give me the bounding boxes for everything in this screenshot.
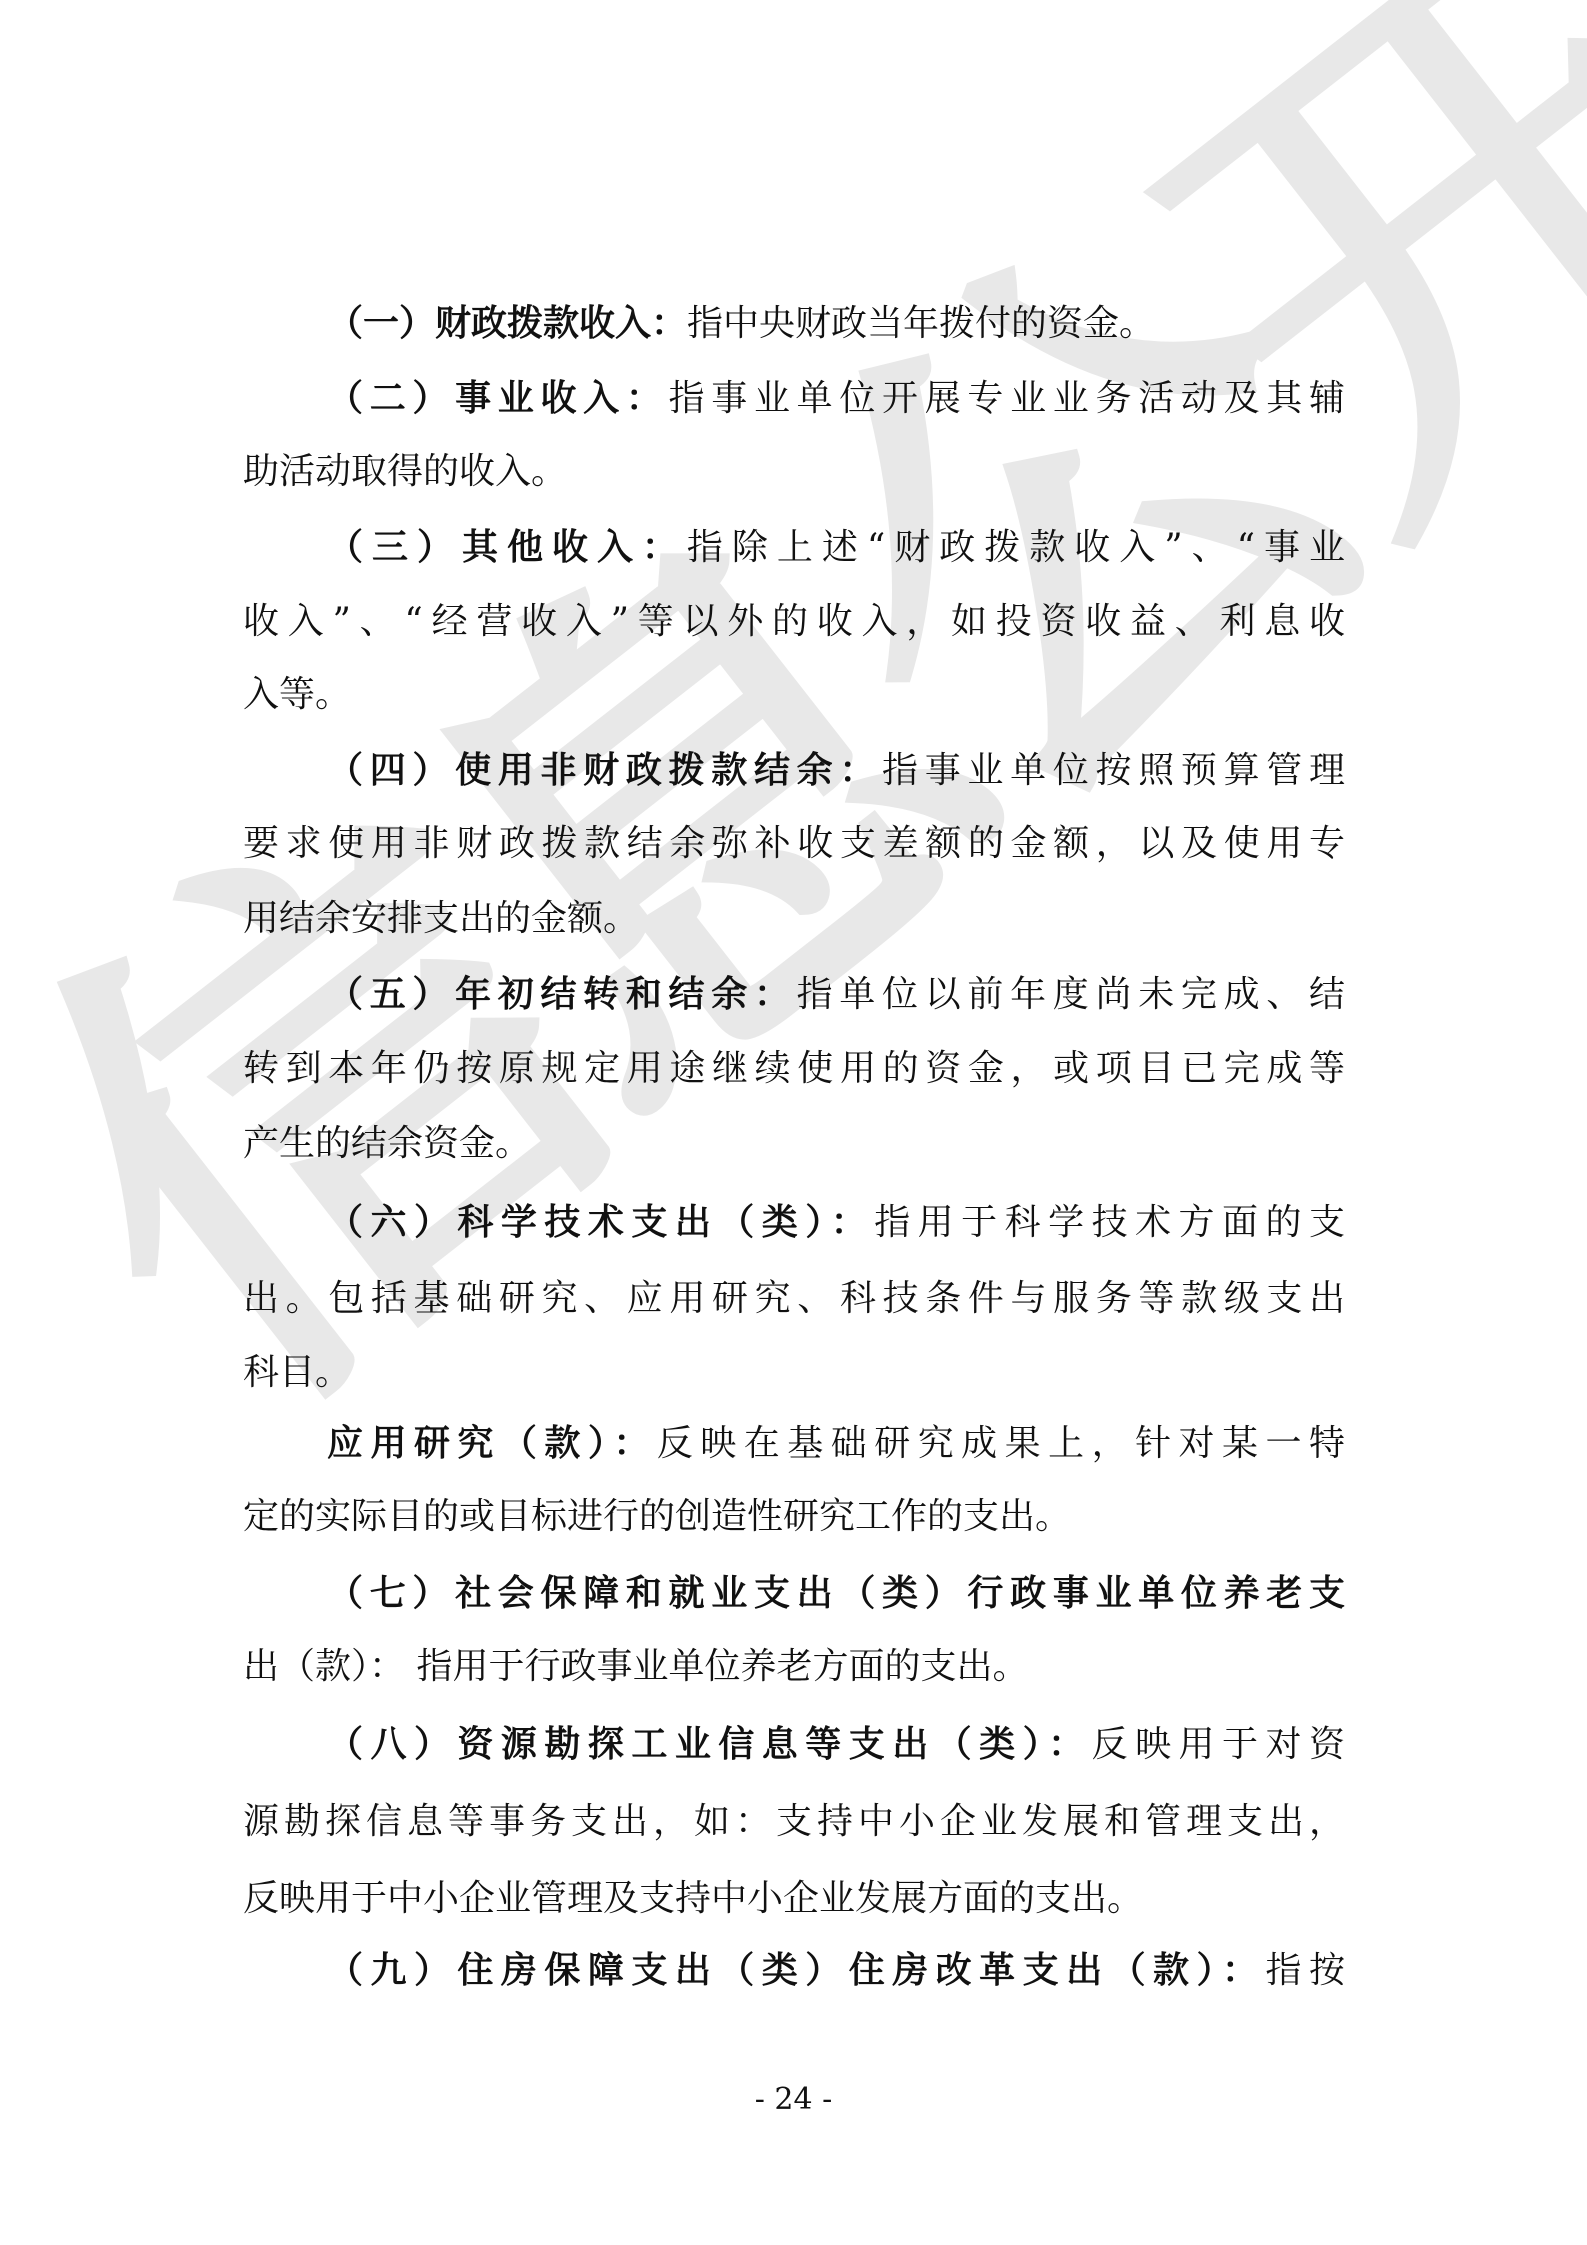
paragraph-line: 科目。	[243, 1348, 1345, 1398]
paragraph-line: 出（款）： 指用于行政事业单位养老方面的支出。	[243, 1642, 1345, 1692]
paragraph-lead: （六）科学技术支出（类）：	[327, 1201, 874, 1243]
page-number: - 24 -	[0, 2080, 1587, 2120]
paragraph-line: （三）其他收入：指除上述“财政拨款收入”、“事业	[327, 522, 1345, 572]
paragraph-line: （四）使用非财政拨款结余：指事业单位按照预算管理	[327, 745, 1345, 795]
paragraph-line: 定的实际目的或目标进行的创造性研究工作的支出。	[243, 1492, 1345, 1542]
paragraph-line: 反映用于中小企业管理及支持中小企业发展方面的支出。	[243, 1874, 1345, 1924]
paragraph-lead: （三）其他收入：	[327, 526, 687, 568]
paragraph-line: （六）科学技术支出（类）：指用于科学技术方面的支	[327, 1197, 1345, 1247]
paragraph-line: （一）财政拨款收入：指中央财政当年拨付的资金。	[327, 298, 1345, 348]
paragraph-line: 收入”、“经营收入”等以外的收入，如投资收益、利息收	[243, 597, 1345, 647]
document-body: （一）财政拨款收入：指中央财政当年拨付的资金。 （二）事业收入：指事业单位开展专…	[0, 0, 1587, 2245]
document-page: 信息公开 （一）财政拨款收入：指中央财政当年拨付的资金。 （二）事业收入：指事业…	[0, 0, 1587, 2245]
paragraph-lead: （一）财政拨款收入：	[327, 302, 687, 344]
paragraph-line: （八）资源勘探工业信息等支出（类）：反映用于对资	[327, 1719, 1345, 1769]
paragraph-line: 源勘探信息等事务支出，如：支持中小企业发展和管理支出，	[243, 1797, 1345, 1847]
paragraph-line: 要求使用非财政拨款结余弥补收支差额的金额，以及使用专	[243, 819, 1345, 869]
paragraph-lead: （七）社会保障和就业支出（类）行政事业单位养老支	[327, 1572, 1345, 1614]
paragraph-lead: （四）使用非财政拨款结余：	[327, 749, 882, 791]
paragraph-line: 用结余安排支出的金额。	[243, 894, 1345, 944]
paragraph-line: 入等。	[243, 670, 1345, 720]
paragraph-line: 应用研究（款）：反映在基础研究成果上，针对某一特	[327, 1418, 1345, 1468]
paragraph-lead: （八）资源勘探工业信息等支出（类）：	[327, 1723, 1092, 1765]
paragraph-lead: （二）事业收入：	[327, 377, 669, 419]
paragraph-line: 转到本年仍按原规定用途继续使用的资金，或项目已完成等	[243, 1044, 1345, 1094]
paragraph-line: （七）社会保障和就业支出（类）行政事业单位养老支	[327, 1568, 1345, 1618]
paragraph-line: 助活动取得的收入。	[243, 447, 1345, 497]
paragraph-lead: 应用研究（款）：	[327, 1422, 657, 1464]
paragraph-lead: （五）年初结转和结余：	[327, 973, 797, 1015]
paragraph-line: 出。包括基础研究、应用研究、科技条件与服务等款级支出	[243, 1274, 1345, 1324]
paragraph-line: 产生的结余资金。	[243, 1119, 1345, 1169]
paragraph-line: （二）事业收入：指事业单位开展专业业务活动及其辅	[327, 373, 1345, 423]
paragraph-line: （五）年初结转和结余：指单位以前年度尚未完成、结	[327, 969, 1345, 1019]
paragraph-lead: （九）住房保障支出（类）住房改革支出（款）：	[327, 1949, 1266, 1991]
paragraph-line: （九）住房保障支出（类）住房改革支出（款）：指按	[327, 1945, 1345, 1995]
